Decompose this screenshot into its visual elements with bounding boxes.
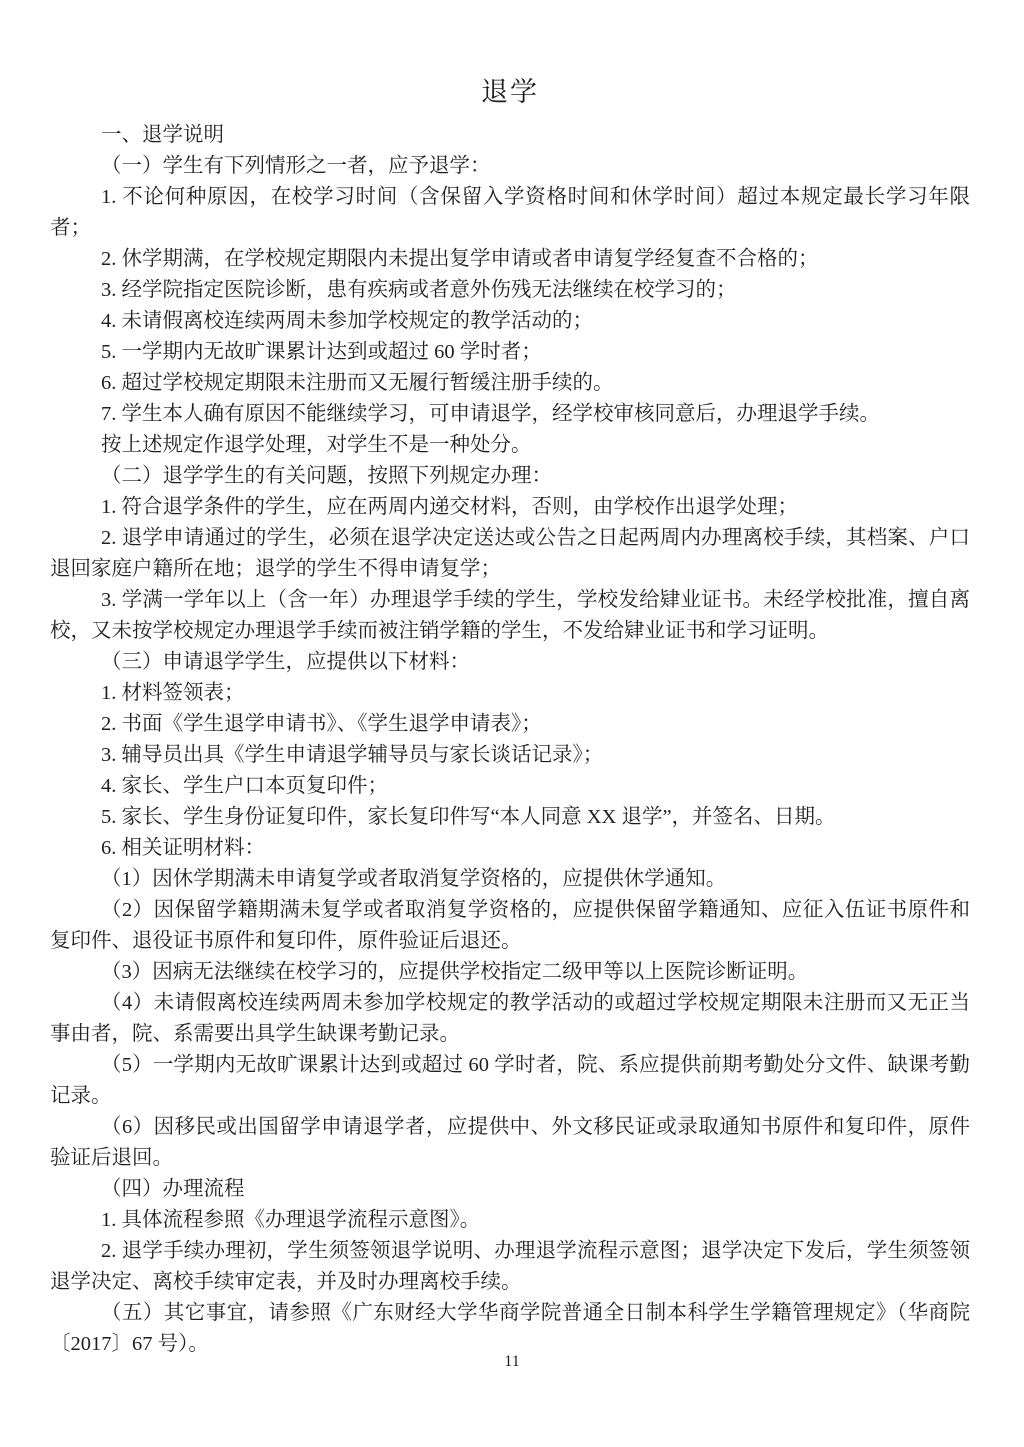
paragraph: 5. 一学期内无故旷课累计达到或超过 60 学时者；	[50, 337, 970, 368]
paragraph: 7. 学生本人确有原因不能继续学习，可申请退学，经学校审核同意后，办理退学手续。	[50, 399, 970, 430]
paragraph: （三）申请退学学生，应提供以下材料：	[50, 647, 970, 678]
document-content: 退学 一、退学说明（一）学生有下列情形之一者，应予退学：1. 不论何种原因，在校…	[50, 74, 970, 1360]
paragraph: 3. 辅导员出具《学生申请退学辅导员与家长谈话记录》；	[50, 740, 970, 771]
paragraph: 1. 不论何种原因，在校学习时间（含保留入学资格时间和休学时间）超过本规定最长学…	[50, 182, 970, 244]
paragraph: （6）因移民或出国留学申请退学者，应提供中、外文移民证或录取通知书原件和复印件，…	[50, 1112, 970, 1174]
paragraph: （1）因休学期满未申请复学或者取消复学资格的，应提供休学通知。	[50, 864, 970, 895]
paragraph: 2. 退学手续办理初，学生须签领退学说明、办理退学流程示意图；退学决定下发后，学…	[50, 1236, 970, 1298]
document-body: 一、退学说明（一）学生有下列情形之一者，应予退学：1. 不论何种原因，在校学习时…	[50, 120, 970, 1360]
document-page: 退学 一、退学说明（一）学生有下列情形之一者，应予退学：1. 不论何种原因，在校…	[0, 0, 1024, 1447]
paragraph: 6. 相关证明材料：	[50, 833, 970, 864]
paragraph: 3. 经学院指定医院诊断，患有疾病或者意外伤残无法继续在校学习的；	[50, 275, 970, 306]
page-title: 退学	[50, 74, 970, 110]
paragraph: 3. 学满一学年以上（含一年）办理退学手续的学生，学校发给肄业证书。未经学校批准…	[50, 585, 970, 647]
paragraph: （四）办理流程	[50, 1174, 970, 1205]
paragraph: （5）一学期内无故旷课累计达到或超过 60 学时者，院、系应提供前期考勤处分文件…	[50, 1050, 970, 1112]
paragraph: （2）因保留学籍期满未复学或者取消复学资格的，应提供保留学籍通知、应征入伍证书原…	[50, 895, 970, 957]
paragraph: 4. 家长、学生户口本页复印件；	[50, 771, 970, 802]
paragraph: 2. 退学申请通过的学生，必须在退学决定送达或公告之日起两周内办理离校手续，其档…	[50, 523, 970, 585]
paragraph: 6. 超过学校规定期限未注册而又无履行暂缓注册手续的。	[50, 368, 970, 399]
paragraph: 一、退学说明	[50, 120, 970, 151]
paragraph: （二）退学学生的有关问题，按照下列规定办理：	[50, 461, 970, 492]
paragraph: 4. 未请假离校连续两周未参加学校规定的教学活动的；	[50, 306, 970, 337]
paragraph: （五）其它事宜，请参照《广东财经大学华商学院普通全日制本科学生学籍管理规定》（华…	[50, 1298, 970, 1360]
paragraph: （一）学生有下列情形之一者，应予退学：	[50, 151, 970, 182]
page-number: 11	[0, 1353, 1024, 1371]
paragraph: 1. 材料签领表；	[50, 678, 970, 709]
paragraph: 2. 休学期满，在学校规定期限内未提出复学申请或者申请复学经复查不合格的；	[50, 244, 970, 275]
paragraph: （3）因病无法继续在校学习的，应提供学校指定二级甲等以上医院诊断证明。	[50, 957, 970, 988]
paragraph: 1. 符合退学条件的学生，应在两周内递交材料，否则，由学校作出退学处理；	[50, 492, 970, 523]
paragraph: 按上述规定作退学处理，对学生不是一种处分。	[50, 430, 970, 461]
paragraph: 5. 家长、学生身份证复印件，家长复印件写“本人同意 XX 退学”，并签名、日期…	[50, 802, 970, 833]
paragraph: （4）未请假离校连续两周未参加学校规定的教学活动的或超过学校规定期限未注册而又无…	[50, 988, 970, 1050]
paragraph: 2. 书面《学生退学申请书》、《学生退学申请表》；	[50, 709, 970, 740]
paragraph: 1. 具体流程参照《办理退学流程示意图》。	[50, 1205, 970, 1236]
